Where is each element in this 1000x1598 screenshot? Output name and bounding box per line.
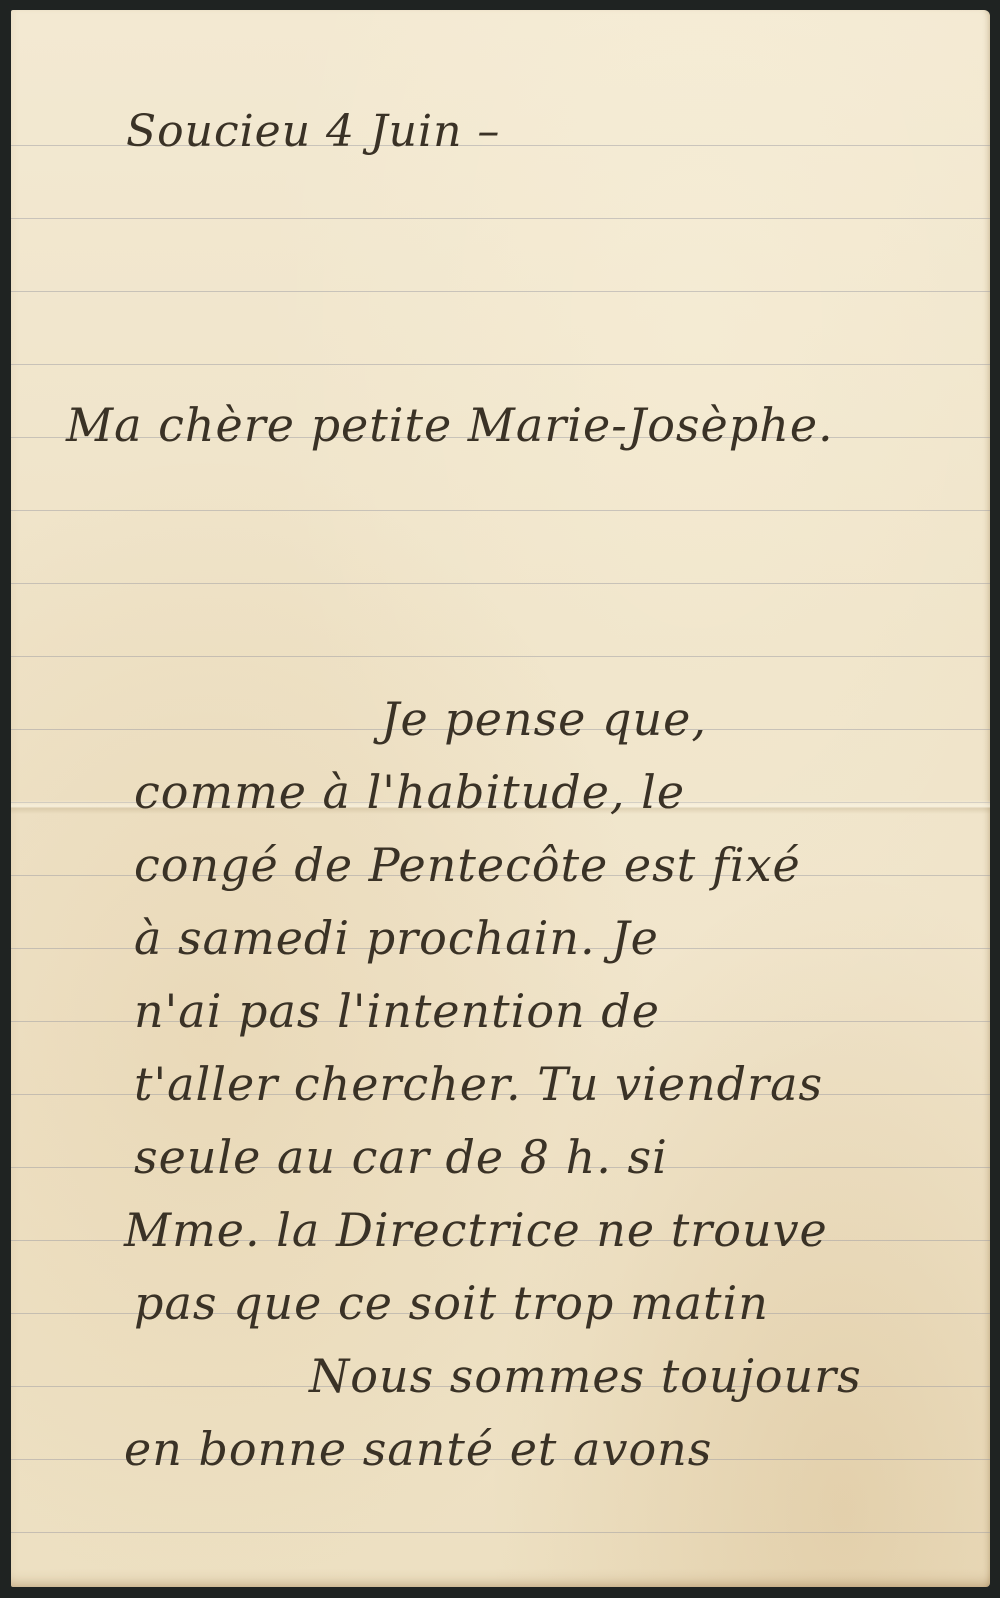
scanned-letter: Soucieu 4 Juin – Ma chère petite Marie-J…: [0, 0, 1000, 1598]
body-line: pas que ce soit trop matin: [134, 1280, 769, 1326]
body-line: Mme. la Directrice ne trouve: [124, 1207, 828, 1253]
salutation: Ma chère petite Marie-Josèphe.: [66, 402, 834, 448]
body-line: n'ai pas l'intention de: [134, 988, 660, 1034]
body-line: comme à l'habitude, le: [134, 769, 685, 815]
body-line: seule au car de 8 h. si: [134, 1134, 668, 1180]
letter-paper: Soucieu 4 Juin – Ma chère petite Marie-J…: [11, 10, 990, 1587]
ruled-line: [11, 291, 990, 292]
ruled-line: [11, 583, 990, 584]
ruled-line: [11, 510, 990, 511]
ruled-line: [11, 364, 990, 365]
body-line: en bonne santé et avons: [124, 1426, 712, 1472]
ruled-line: [11, 656, 990, 657]
body-line: Nous sommes toujours: [309, 1353, 862, 1399]
body-line: Je pense que,: [381, 696, 707, 742]
body-line: t'aller chercher. Tu viendras: [134, 1061, 823, 1107]
place-date: Soucieu 4 Juin –: [126, 110, 500, 154]
body-line: congé de Pentecôte est fixé: [134, 842, 801, 888]
ruled-line: [11, 218, 990, 219]
ruled-line: [11, 1532, 990, 1533]
body-line: à samedi prochain. Je: [134, 915, 659, 961]
